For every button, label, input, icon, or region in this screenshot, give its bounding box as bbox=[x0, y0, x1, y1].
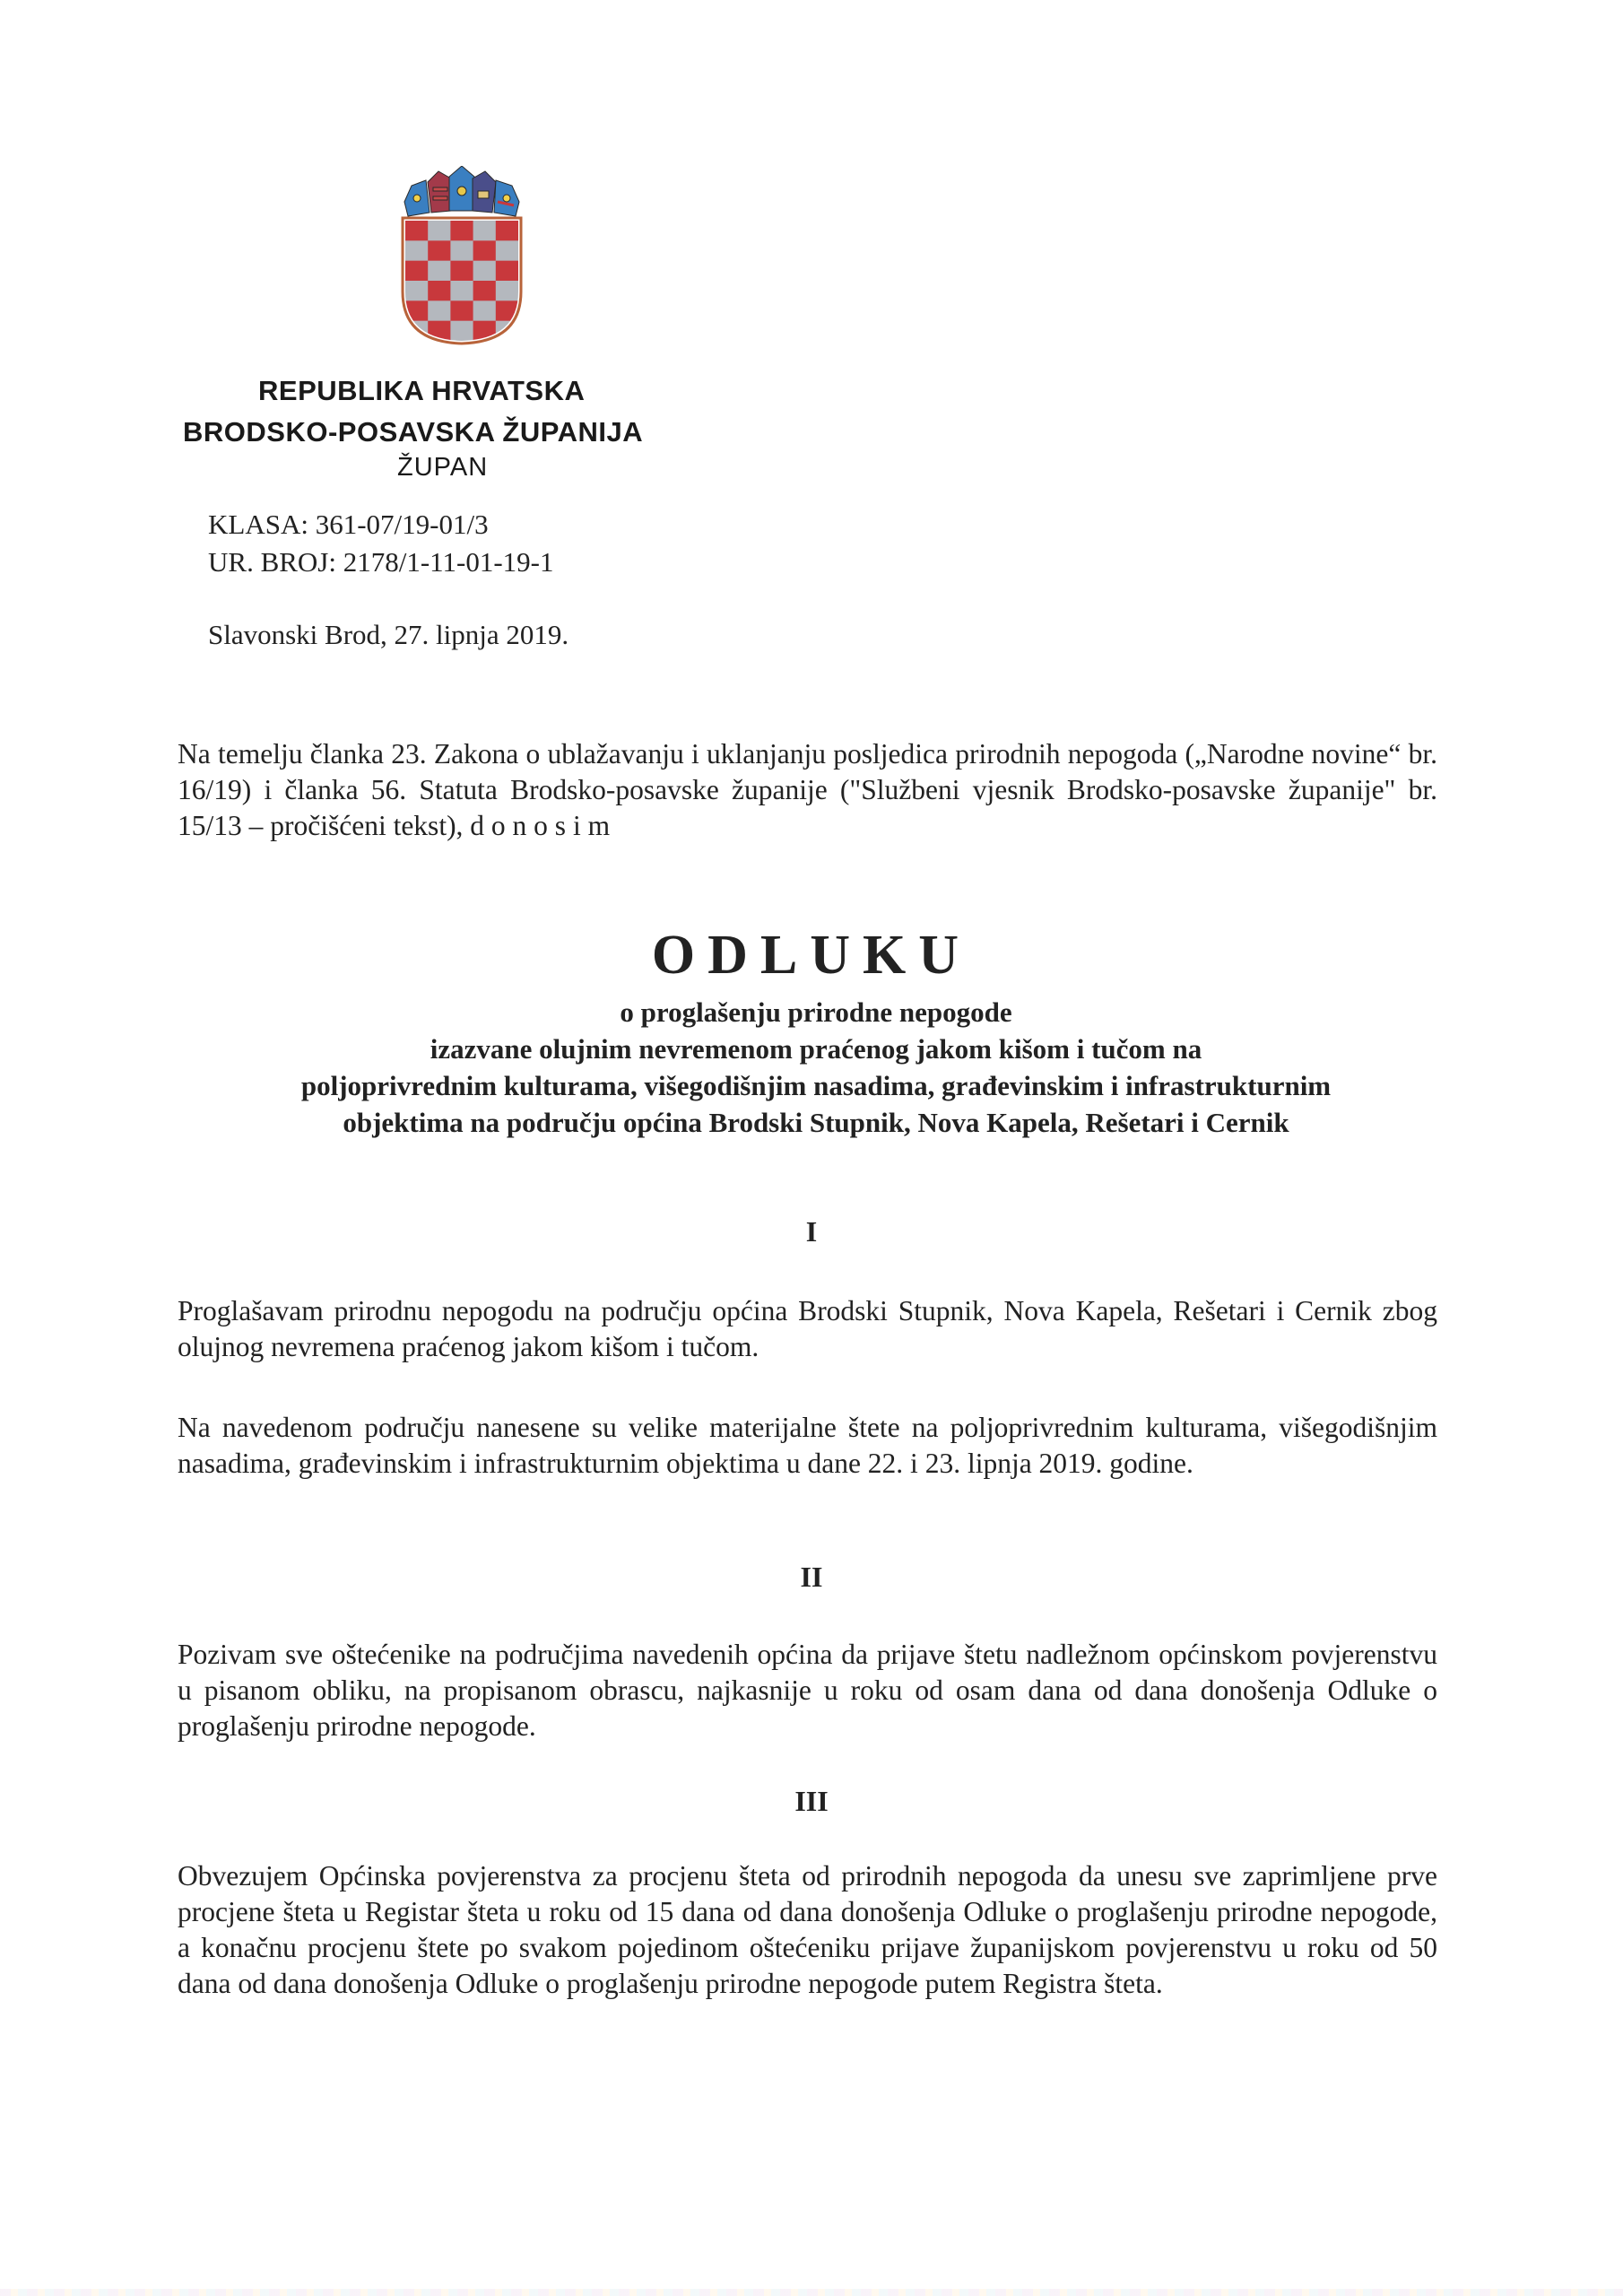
subtitle-line: o proglašenju prirodne nepogode bbox=[179, 994, 1453, 1031]
subtitle-line: objektima na području općina Brodski Stu… bbox=[179, 1104, 1453, 1141]
header-office: ŽUPAN bbox=[397, 453, 488, 483]
legal-basis-paragraph: Na temelju članka 23. Zakona o ublažavan… bbox=[178, 736, 1437, 844]
section-iii-paragraph: Obvezujem Općinska povjerenstva za procj… bbox=[178, 1858, 1437, 2002]
decision-title: ODLUKU bbox=[0, 924, 1623, 987]
scan-artifact-edge bbox=[0, 2289, 1623, 2296]
coat-of-arms-icon bbox=[399, 166, 525, 345]
decision-subtitle: o proglašenju prirodne nepogode izazvane… bbox=[179, 994, 1453, 1141]
header-republic: REPUBLIKA HRVATSKA bbox=[258, 375, 585, 407]
section-ii-paragraph: Pozivam sve oštećenike na područjima nav… bbox=[178, 1637, 1437, 1744]
section-numeral-i: I bbox=[0, 1215, 1623, 1248]
section-i-paragraph-2: Na navedenom području nanesene su velike… bbox=[178, 1410, 1437, 1482]
section-numeral-ii: II bbox=[0, 1561, 1623, 1594]
subtitle-line: izazvane olujnim nevremenom praćenog jak… bbox=[179, 1031, 1453, 1067]
klasa-number: KLASA: 361-07/19-01/3 bbox=[208, 509, 489, 541]
section-i-paragraph-1: Proglašavam prirodnu nepogodu na područj… bbox=[178, 1293, 1437, 1365]
place-and-date: Slavonski Brod, 27. lipnja 2019. bbox=[208, 619, 568, 651]
header-county: BRODSKO-POSAVSKA ŽUPANIJA bbox=[183, 416, 643, 448]
ur-broj-number: UR. BROJ: 2178/1-11-01-19-1 bbox=[208, 546, 554, 578]
subtitle-line: poljoprivrednim kulturama, višegodišnjim… bbox=[179, 1067, 1453, 1104]
section-numeral-iii: III bbox=[0, 1785, 1623, 1818]
document-page: REPUBLIKA HRVATSKA BRODSKO-POSAVSKA ŽUPA… bbox=[0, 0, 1623, 2296]
